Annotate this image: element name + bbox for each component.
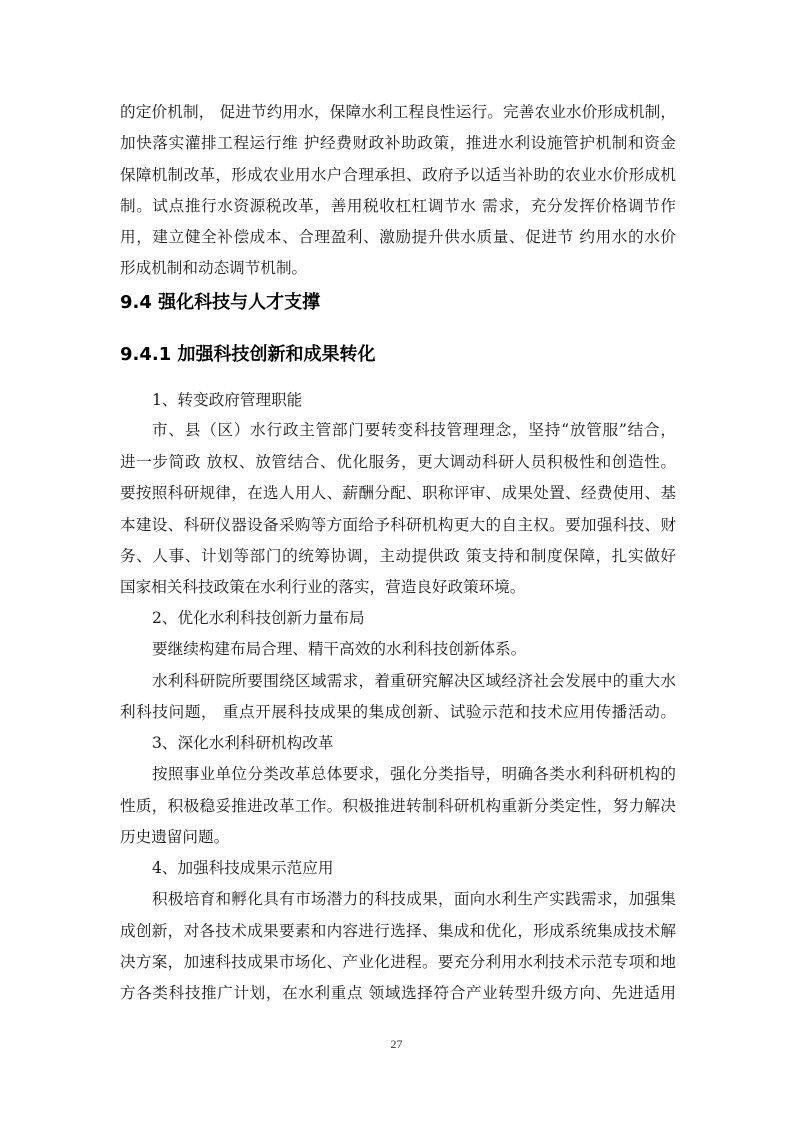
paragraph-line: 利科技问题， 重点开展科技成果的集成创新、试验示范和技术应用传播活动。 — [120, 702, 676, 722]
paragraph-line: 的定价机制， 促进节约用水，保障水利工程良性运行。完善农业水价形成机制， — [120, 102, 676, 122]
document-page: 的定价机制， 促进节约用水，保障水利工程良性运行。完善农业水价形成机制， 加快落… — [0, 0, 793, 1122]
paragraph-line: 历史遗留问题。 — [120, 827, 676, 847]
paragraph-line: 保障机制改革，形成农业用水户合理承担、政府予以适当补助的农业水价形成机 — [120, 165, 676, 185]
subsection-heading: 9.4.1 加强科技创新和成果转化 — [120, 344, 376, 366]
paragraph-line: 进一步简政 放权、放管结合、优化服务，更大调动科研人员积极性和创造性。 — [120, 452, 676, 472]
paragraph-line: 积极培育和孵化具有市场潜力的科技成果，面向水利生产实践需求，加强集 — [152, 889, 676, 909]
item-title: 4、加强科技成果示范应用 — [152, 858, 333, 878]
item-title: 3、深化水利科研机构改革 — [152, 733, 333, 753]
paragraph-line: 成创新，对各技术成果要素和内容进行选择、集成和优化，形成系统集成技术解 — [120, 921, 676, 941]
paragraph-line: 国家相关科技政策在水利行业的落实，营造良好政策环境。 — [120, 577, 676, 597]
paragraph-line: 市、县（区）水行政主管部门要转变科技管理理念，坚持“放管服”结合， — [152, 420, 676, 440]
item-title: 1、转变政府管理职能 — [152, 390, 302, 410]
section-heading: 9.4 强化科技与人才支撑 — [120, 292, 320, 314]
paragraph-line: 水利科研院所要围绕区域需求，着重研究解决区域经济社会发展中的重大水 — [152, 671, 676, 691]
paragraph-line: 方各类科技推广计划，在水利重点 领域选择符合产业转型升级方向、先进适用 — [120, 983, 676, 1003]
paragraph-line: 本建设、科研仪器设备采购等方面给予科研机构更大的自主权。要加强科技、财 — [120, 515, 676, 535]
paragraph-line: 用，建立健全补偿成本、合理盈利、激励提升供水质量、促进节 约用水的水价 — [120, 227, 676, 247]
paragraph-line: 制。试点推行水资源税改革，善用税收杠杠调节水 需求，充分发挥价格调节作 — [120, 196, 676, 216]
paragraph-line: 要按照科研规律，在选人用人、薪酬分配、职称评审、成果处置、经费使用、基 — [120, 483, 676, 503]
paragraph-line: 决方案，加速科技成果市场化、产业化进程。要充分利用水利技术示范专项和地 — [120, 952, 676, 972]
paragraph-line: 形成机制和动态调节机制。 — [120, 258, 676, 278]
paragraph-line: 务、人事、计划等部门的统筹协调，主动提供政 策支持和制度保障，扎实做好 — [120, 546, 676, 566]
item-title: 2、优化水利科技创新力量布局 — [152, 608, 365, 628]
paragraph-line: 性质，积极稳妥推进改革工作。积极推进转制科研机构重新分类定性，努力解决 — [120, 796, 676, 816]
paragraph-line: 加快落实灌排工程运行维 护经费财政补助政策，推进水利设施管护机制和资金 — [120, 133, 676, 153]
page-number: 27 — [0, 1037, 793, 1052]
paragraph-line: 要继续构建布局合理、精干高效的水利科技创新体系。 — [152, 639, 676, 659]
paragraph-line: 按照事业单位分类改革总体要求，强化分类指导，明确各类水利科研机构的 — [152, 764, 676, 784]
